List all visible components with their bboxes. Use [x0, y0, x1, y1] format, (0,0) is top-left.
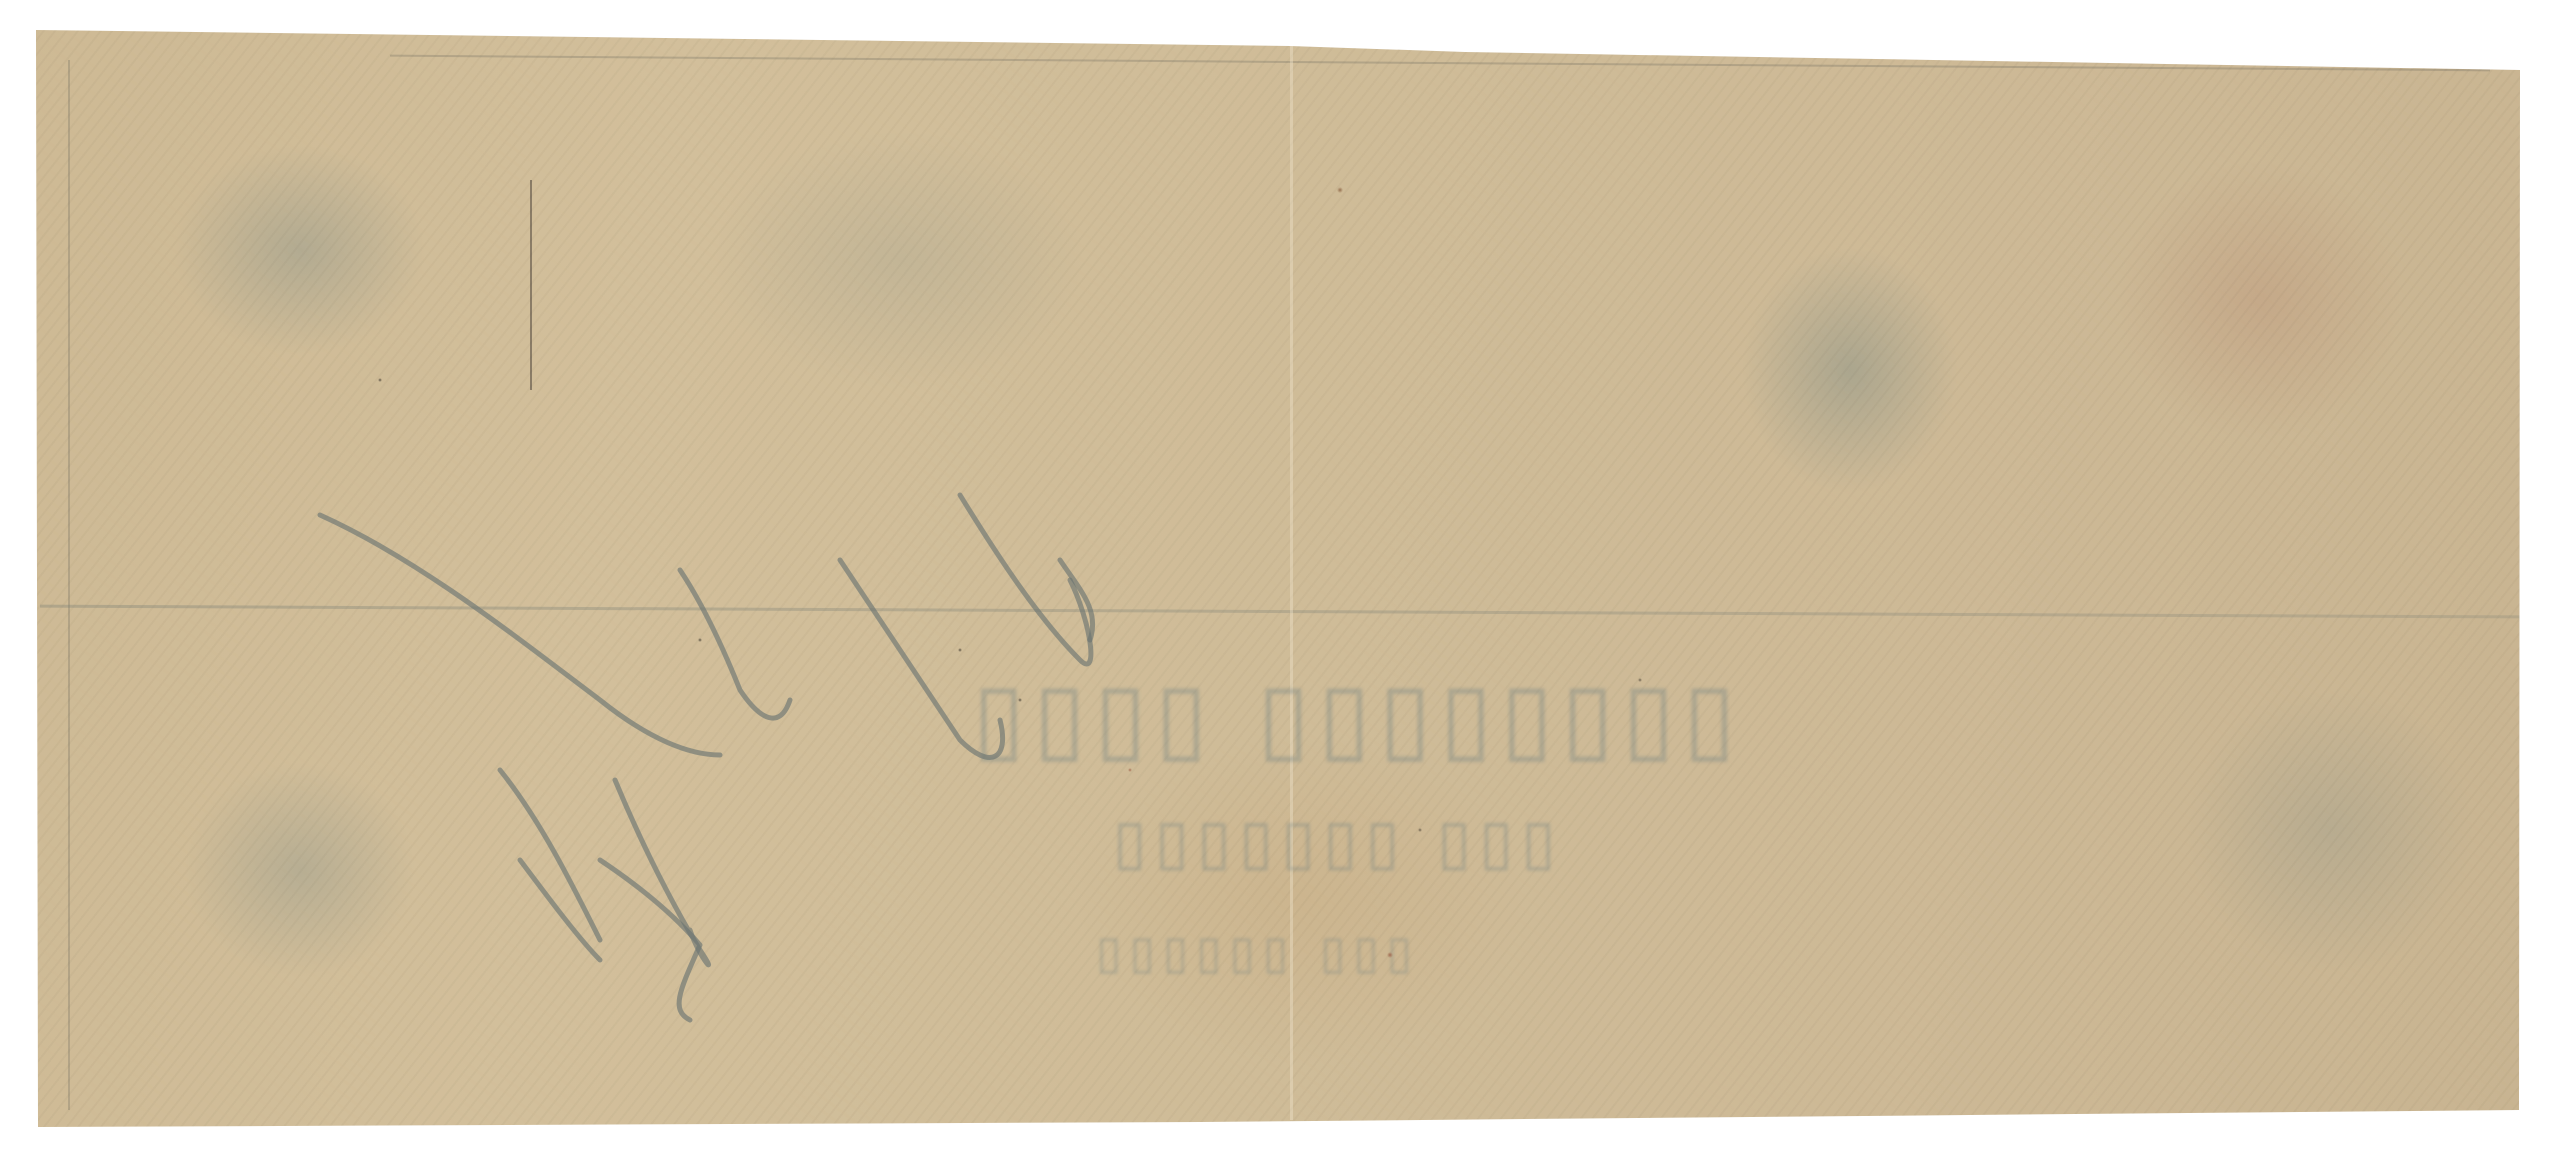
scan-canvas: ▯▯▯▯▯▯▯▯ ▯▯▯▯ ▯▯▯ ▯▯▯▯▯▯▯ ▯▯▯ ▯▯▯▯▯▯ — [0, 0, 2560, 1168]
banknote-reverse: ▯▯▯▯▯▯▯▯ ▯▯▯▯ ▯▯▯ ▯▯▯▯▯▯▯ ▯▯▯ ▯▯▯▯▯▯ — [0, 0, 2560, 1168]
ink-specks — [0, 0, 2560, 1168]
